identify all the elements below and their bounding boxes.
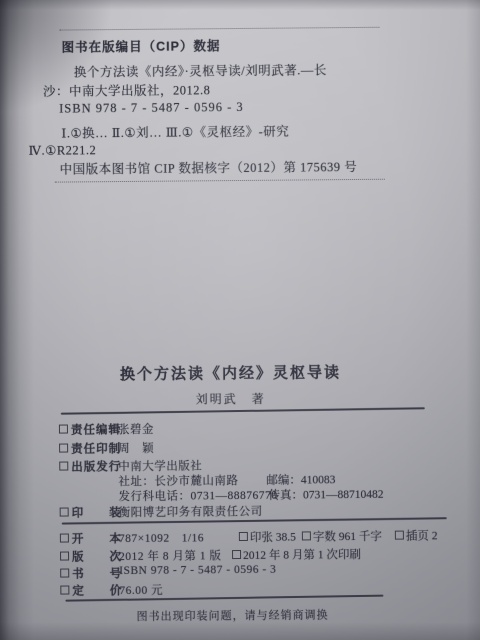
book-page-photo: 图书在版编目（CIP）数据 换个方法读《内经》·灵枢导读/刘明武著.—长 沙：中… xyxy=(0,0,480,640)
square-bullet-icon xyxy=(59,462,68,471)
print-supervisor-name: 周 颖 xyxy=(118,440,154,456)
book-number-label: 书 号 xyxy=(72,565,122,581)
book-author: 刘明武 著 xyxy=(1,388,461,409)
editor-row: 责任编辑 张碧金 xyxy=(1,418,480,439)
price-label: 定 价 xyxy=(72,582,122,598)
editor-label: 责任编辑 xyxy=(71,421,121,437)
book-number-value: ISBN 978 - 7 - 5487 - 0596 - 3 xyxy=(119,564,276,577)
distribution-phone: 发行科电话：0731—88876770 xyxy=(118,487,277,504)
printing-binding-label: 印 装 xyxy=(72,504,122,520)
printing-company-name: 衡阳博艺印务有限责任公司 xyxy=(119,503,263,520)
word-count: 字数 961 千字 xyxy=(313,528,382,545)
printing-run-value: 2012 年 8 月第 1 次印刷 xyxy=(243,546,361,563)
square-bullet-icon xyxy=(302,531,311,540)
cip-publisher-line: 沙：中南大学出版社，2012.8 xyxy=(43,80,211,99)
format-label: 开 本 xyxy=(72,530,122,546)
print-supervisor-label: 责任印制 xyxy=(71,440,121,456)
square-bullet-icon xyxy=(60,552,69,561)
copyright-page: 图书在版编目（CIP）数据 换个方法读《内经》·灵枢导读/刘明武著.—长 沙：中… xyxy=(0,0,480,640)
exchange-notice: 图书出现印装问题，请与经销商调换 xyxy=(3,605,463,625)
title-divider-rule xyxy=(61,407,425,414)
editor-name: 张碧金 xyxy=(118,421,154,437)
square-bullet-icon xyxy=(60,508,69,517)
cip-box-top-dashed-line xyxy=(59,27,379,31)
format-value: 787×1092 1/16 xyxy=(119,529,204,546)
square-bullet-icon xyxy=(60,534,69,543)
cip-classification-line-1: Ⅰ.①换… Ⅱ.①刘… Ⅲ.①《灵枢经》-研究 xyxy=(61,122,289,142)
fax-number: 传真：0731—88710482 xyxy=(268,486,383,503)
square-bullet-icon xyxy=(232,550,241,559)
publisher-label: 出版发行 xyxy=(71,458,121,474)
print-sheets: 印张 38.5 xyxy=(250,529,296,545)
square-bullet-icon xyxy=(59,425,68,434)
square-bullet-icon xyxy=(60,585,69,594)
cip-classification-line-2: Ⅳ.①R221.2 xyxy=(28,142,96,159)
price-value: 76.00 元 xyxy=(119,582,163,598)
square-bullet-icon xyxy=(60,569,69,578)
cip-title-line: 换个方法读《内经》·灵枢导读/刘明武著.—长 xyxy=(74,60,327,80)
edition-label: 版 次 xyxy=(72,548,122,564)
cip-isbn-line: ISBN 978 - 7 - 5487 - 0596 - 3 xyxy=(59,100,244,117)
insert-pages: 插页 2 xyxy=(406,527,438,543)
cip-box-bottom-dashed-line xyxy=(55,179,385,183)
square-bullet-icon xyxy=(239,532,248,541)
cip-record-number-line: 中国版本图书馆 CIP 数据核字（2012）第 175639 号 xyxy=(60,157,358,178)
square-bullet-icon xyxy=(59,444,68,453)
square-bullet-icon xyxy=(395,531,404,540)
cip-heading: 图书在版编目（CIP）数据 xyxy=(62,36,221,55)
book-title: 换个方法读《内经》灵枢导读 xyxy=(0,360,460,385)
edition-value: 2012 年 8 月第 1 版 xyxy=(119,547,222,564)
